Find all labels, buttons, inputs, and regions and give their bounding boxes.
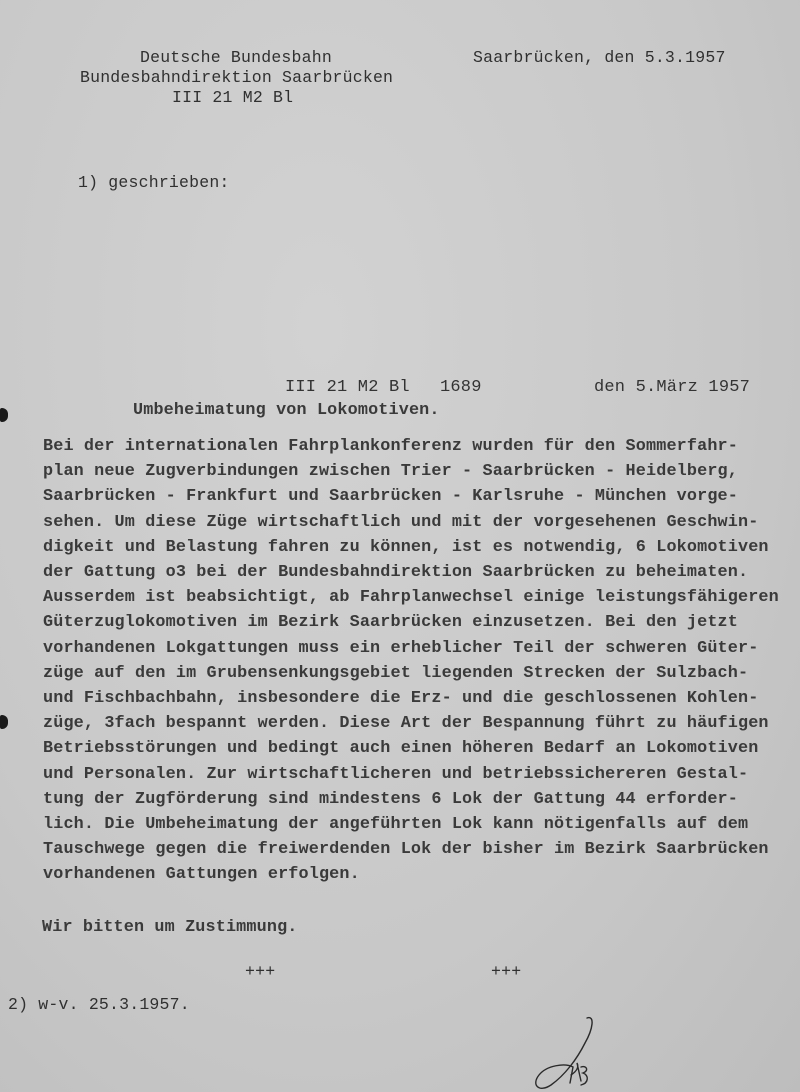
- body-line: Betriebsstörungen und bedingt auch einen…: [43, 739, 758, 758]
- body-line: der Gattung o3 bei der Bundesbahndirekti…: [43, 563, 748, 582]
- separator-right: +++: [491, 962, 521, 981]
- step-2-note: 2) w-v. 25.3.1957.: [8, 995, 190, 1014]
- letterhead-org: Deutsche Bundesbahn: [140, 48, 332, 67]
- body-line: Güterzuglokomotiven im Bezirk Saarbrücke…: [43, 613, 738, 632]
- body-line: Tauschwege gegen die freiwerdenden Lok d…: [43, 840, 769, 859]
- body-line: züge auf den im Grubensenkungsgebiet lie…: [43, 664, 748, 683]
- letterhead-reference: III 21 M2 Bl: [172, 88, 293, 107]
- signature-icon: [525, 1015, 605, 1092]
- closing-line: Wir bitten um Zustimmung.: [42, 918, 298, 937]
- body-line: und Personalen. Zur wirtschaftlicheren u…: [43, 765, 748, 784]
- memo-reference: III 21 M2 Bl: [285, 378, 410, 397]
- body-line: Bei der internationalen Fahrplankonferen…: [43, 437, 738, 456]
- place-date: Saarbrücken, den 5.3.1957: [473, 48, 726, 67]
- memo-date: den 5.März 1957: [594, 378, 750, 397]
- body-line: sehen. Um diese Züge wirtschaftlich und …: [43, 513, 758, 532]
- step-1-note: 1) geschrieben:: [78, 173, 230, 192]
- memo-subject: Umbeheimatung von Lokomotiven.: [133, 401, 440, 420]
- punch-hole-mark: [0, 715, 8, 729]
- body-line: vorhandenen Lokgattungen muss ein erhebl…: [43, 639, 758, 658]
- body-line: lich. Die Umbeheimatung der angeführten …: [43, 815, 748, 834]
- document-page: Deutsche Bundesbahn Bundesbahndirektion …: [0, 0, 800, 1092]
- body-line: Ausserdem ist beabsichtigt, ab Fahrplanw…: [43, 588, 779, 607]
- separator-left: +++: [245, 962, 275, 981]
- body-line: Saarbrücken - Frankfurt und Saarbrücken …: [43, 487, 738, 506]
- body-line: digkeit und Belastung fahren zu können, …: [43, 538, 769, 557]
- memo-number: 1689: [440, 378, 482, 397]
- body-line: plan neue Zugverbindungen zwischen Trier…: [43, 462, 738, 481]
- body-line: züge, 3fach bespannt werden. Diese Art d…: [43, 714, 769, 733]
- letterhead-division: Bundesbahndirektion Saarbrücken: [80, 68, 393, 87]
- punch-hole-mark: [0, 408, 8, 422]
- body-line: tung der Zugförderung sind mindestens 6 …: [43, 790, 738, 809]
- body-line: vorhandenen Gattungen erfolgen.: [43, 865, 360, 884]
- body-line: und Fischbachbahn, insbesondere die Erz-…: [43, 689, 758, 708]
